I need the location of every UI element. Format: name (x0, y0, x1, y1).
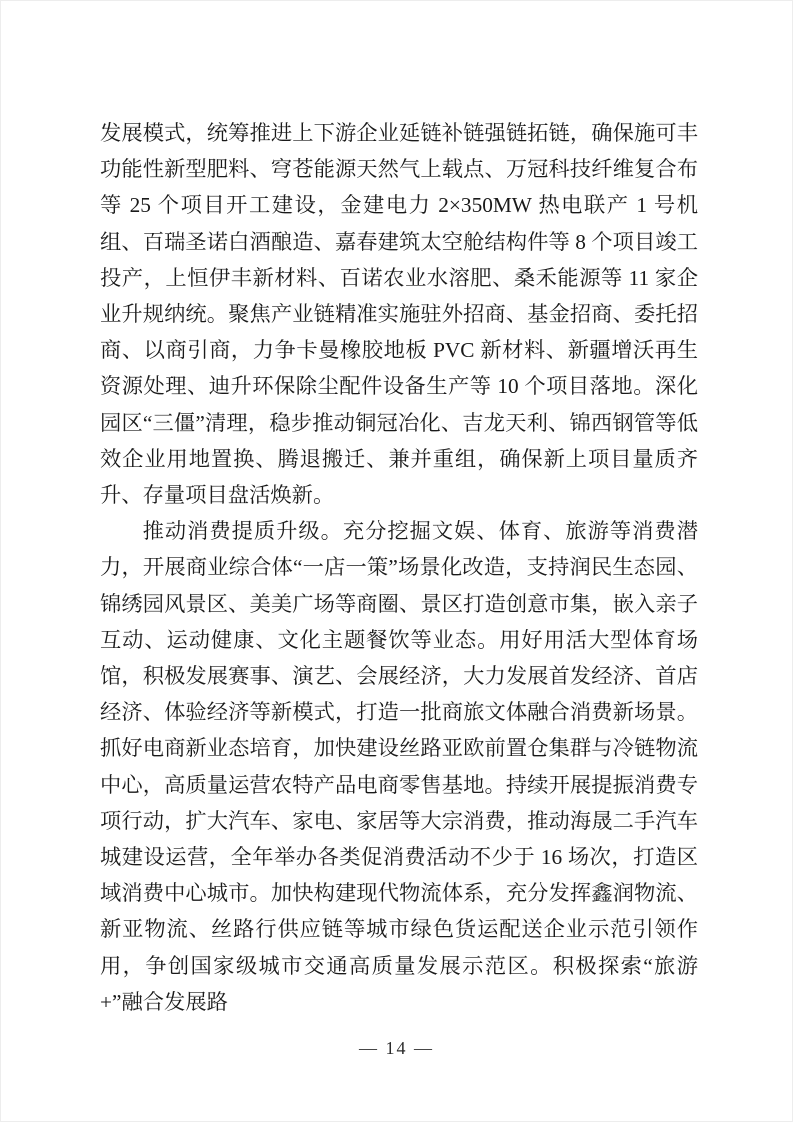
paragraph-continuation: 发展模式，统筹推进上下游企业延链补链强链拓链，确保施可丰功能性新型肥料、穹苍能源… (100, 115, 698, 513)
page-number: — 14 — (0, 1038, 793, 1059)
body-text: 发展模式，统筹推进上下游企业延链补链强链拓链，确保施可丰功能性新型肥料、穹苍能源… (100, 115, 698, 1020)
paragraph-consumption-upgrade: 推动消费提质升级。充分挖掘文娱、体育、旅游等消费潜力，开展商业综合体“一店一策”… (100, 513, 698, 1020)
document-page: 发展模式，统筹推进上下游企业延链补链强链拓链，确保施可丰功能性新型肥料、穹苍能源… (0, 0, 793, 1122)
